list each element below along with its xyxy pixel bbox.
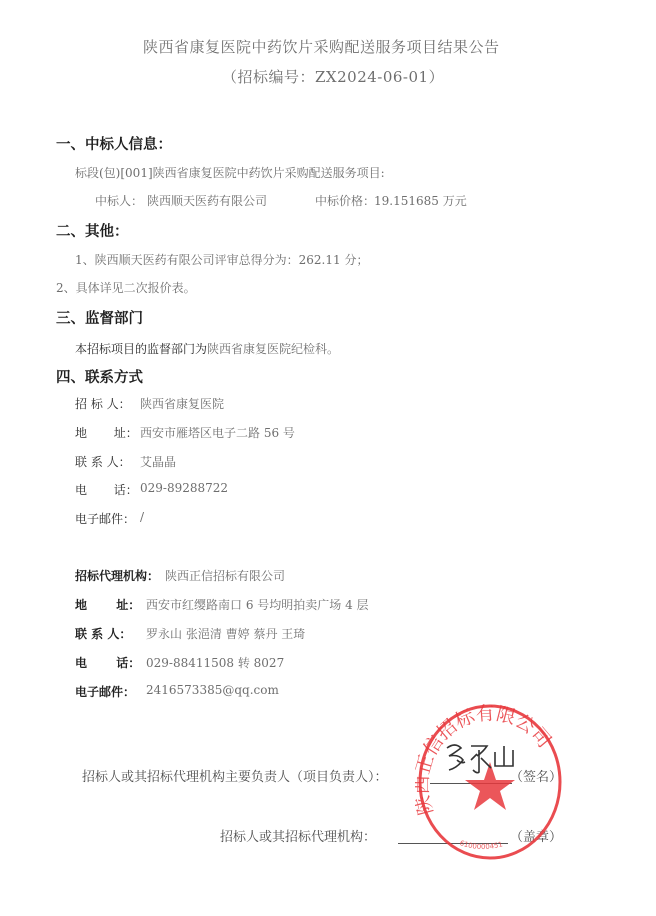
tenderer-address: 西安市雁塔区电子二路 56 号 <box>140 424 295 441</box>
agency-address: 西安市红缨路南口 6 号均明拍卖广场 4 层 <box>146 596 369 613</box>
tenderer-contact: 艾晶晶 <box>140 453 176 470</box>
winner-value: 陕西顺天医药有限公司 <box>147 192 267 209</box>
agency-phone-label: 电 话： <box>75 654 140 671</box>
tenderer-phone-label: 电 话： <box>75 481 138 498</box>
tender-number: （招标编号：ZX2024-06-01） <box>222 66 444 87</box>
other-item-1: 1、陕西顺天医药有限公司评审总得分为：262.11 分； <box>75 251 368 268</box>
agency-contact-label: 联 系 人： <box>75 625 131 642</box>
tenderer-phone: 029-89288722 <box>140 481 228 495</box>
price-label: 中标价格： <box>315 192 375 209</box>
agency-phone: 029-88411508 转 8027 <box>146 654 284 671</box>
agency-contact: 罗永山 张浥清 曹婷 蔡丹 王琦 <box>146 625 305 642</box>
supervision-text: 本招标项目的监督部门为陕西省康复医院纪检科。 <box>75 338 339 357</box>
section-heading-supervision: 三、监督部门 <box>56 307 143 328</box>
agency-name-label: 招标代理机构： <box>75 567 159 584</box>
price-value: 19.151685 万元 <box>374 192 467 209</box>
tenderer-email-label: 电子邮件： <box>75 510 135 527</box>
other-item-2: 2、具体详见二次报价表。 <box>56 279 196 296</box>
supervision-prefix: 本招标项目的监督部门为 <box>75 342 207 356</box>
document-title: 陕西省康复医院中药饮片采购配送服务项目结果公告 <box>143 36 500 57</box>
handwritten-signature <box>443 738 523 778</box>
agency-email-label: 电子邮件： <box>75 683 135 700</box>
company-seal-stamp: 陕西正信招标有限公司 6100000451 <box>415 700 565 865</box>
agency-address-label: 地 址： <box>75 596 140 613</box>
section-heading-contact: 四、联系方式 <box>56 366 143 387</box>
tenderer-email: / <box>140 510 144 524</box>
org-label: 招标人或其招标代理机构： <box>220 826 376 845</box>
agency-name: 陕西正信招标有限公司 <box>165 567 285 584</box>
svg-text:6100000451: 6100000451 <box>459 839 504 851</box>
section-heading-other: 二、其他： <box>56 220 129 241</box>
tenderer-contact-label: 联 系 人： <box>75 453 131 470</box>
responsible-person-label: 招标人或其招标代理机构主要负责人（项目负责人）： <box>82 766 388 785</box>
tenderer-name: 陕西省康复医院 <box>140 395 224 412</box>
lot-line: 标段(包)[001]陕西省康复医院中药饮片采购配送服务项目: <box>75 164 385 181</box>
winner-label: 中标人： <box>95 192 143 209</box>
tenderer-address-label: 地 址： <box>75 424 138 441</box>
agency-email: 2416573385@qq.com <box>146 683 279 697</box>
supervision-dept: 陕西省康复医院纪检科。 <box>207 342 339 356</box>
tenderer-name-label: 招 标 人： <box>75 395 131 412</box>
section-heading-winner: 一、中标人信息： <box>56 133 172 154</box>
